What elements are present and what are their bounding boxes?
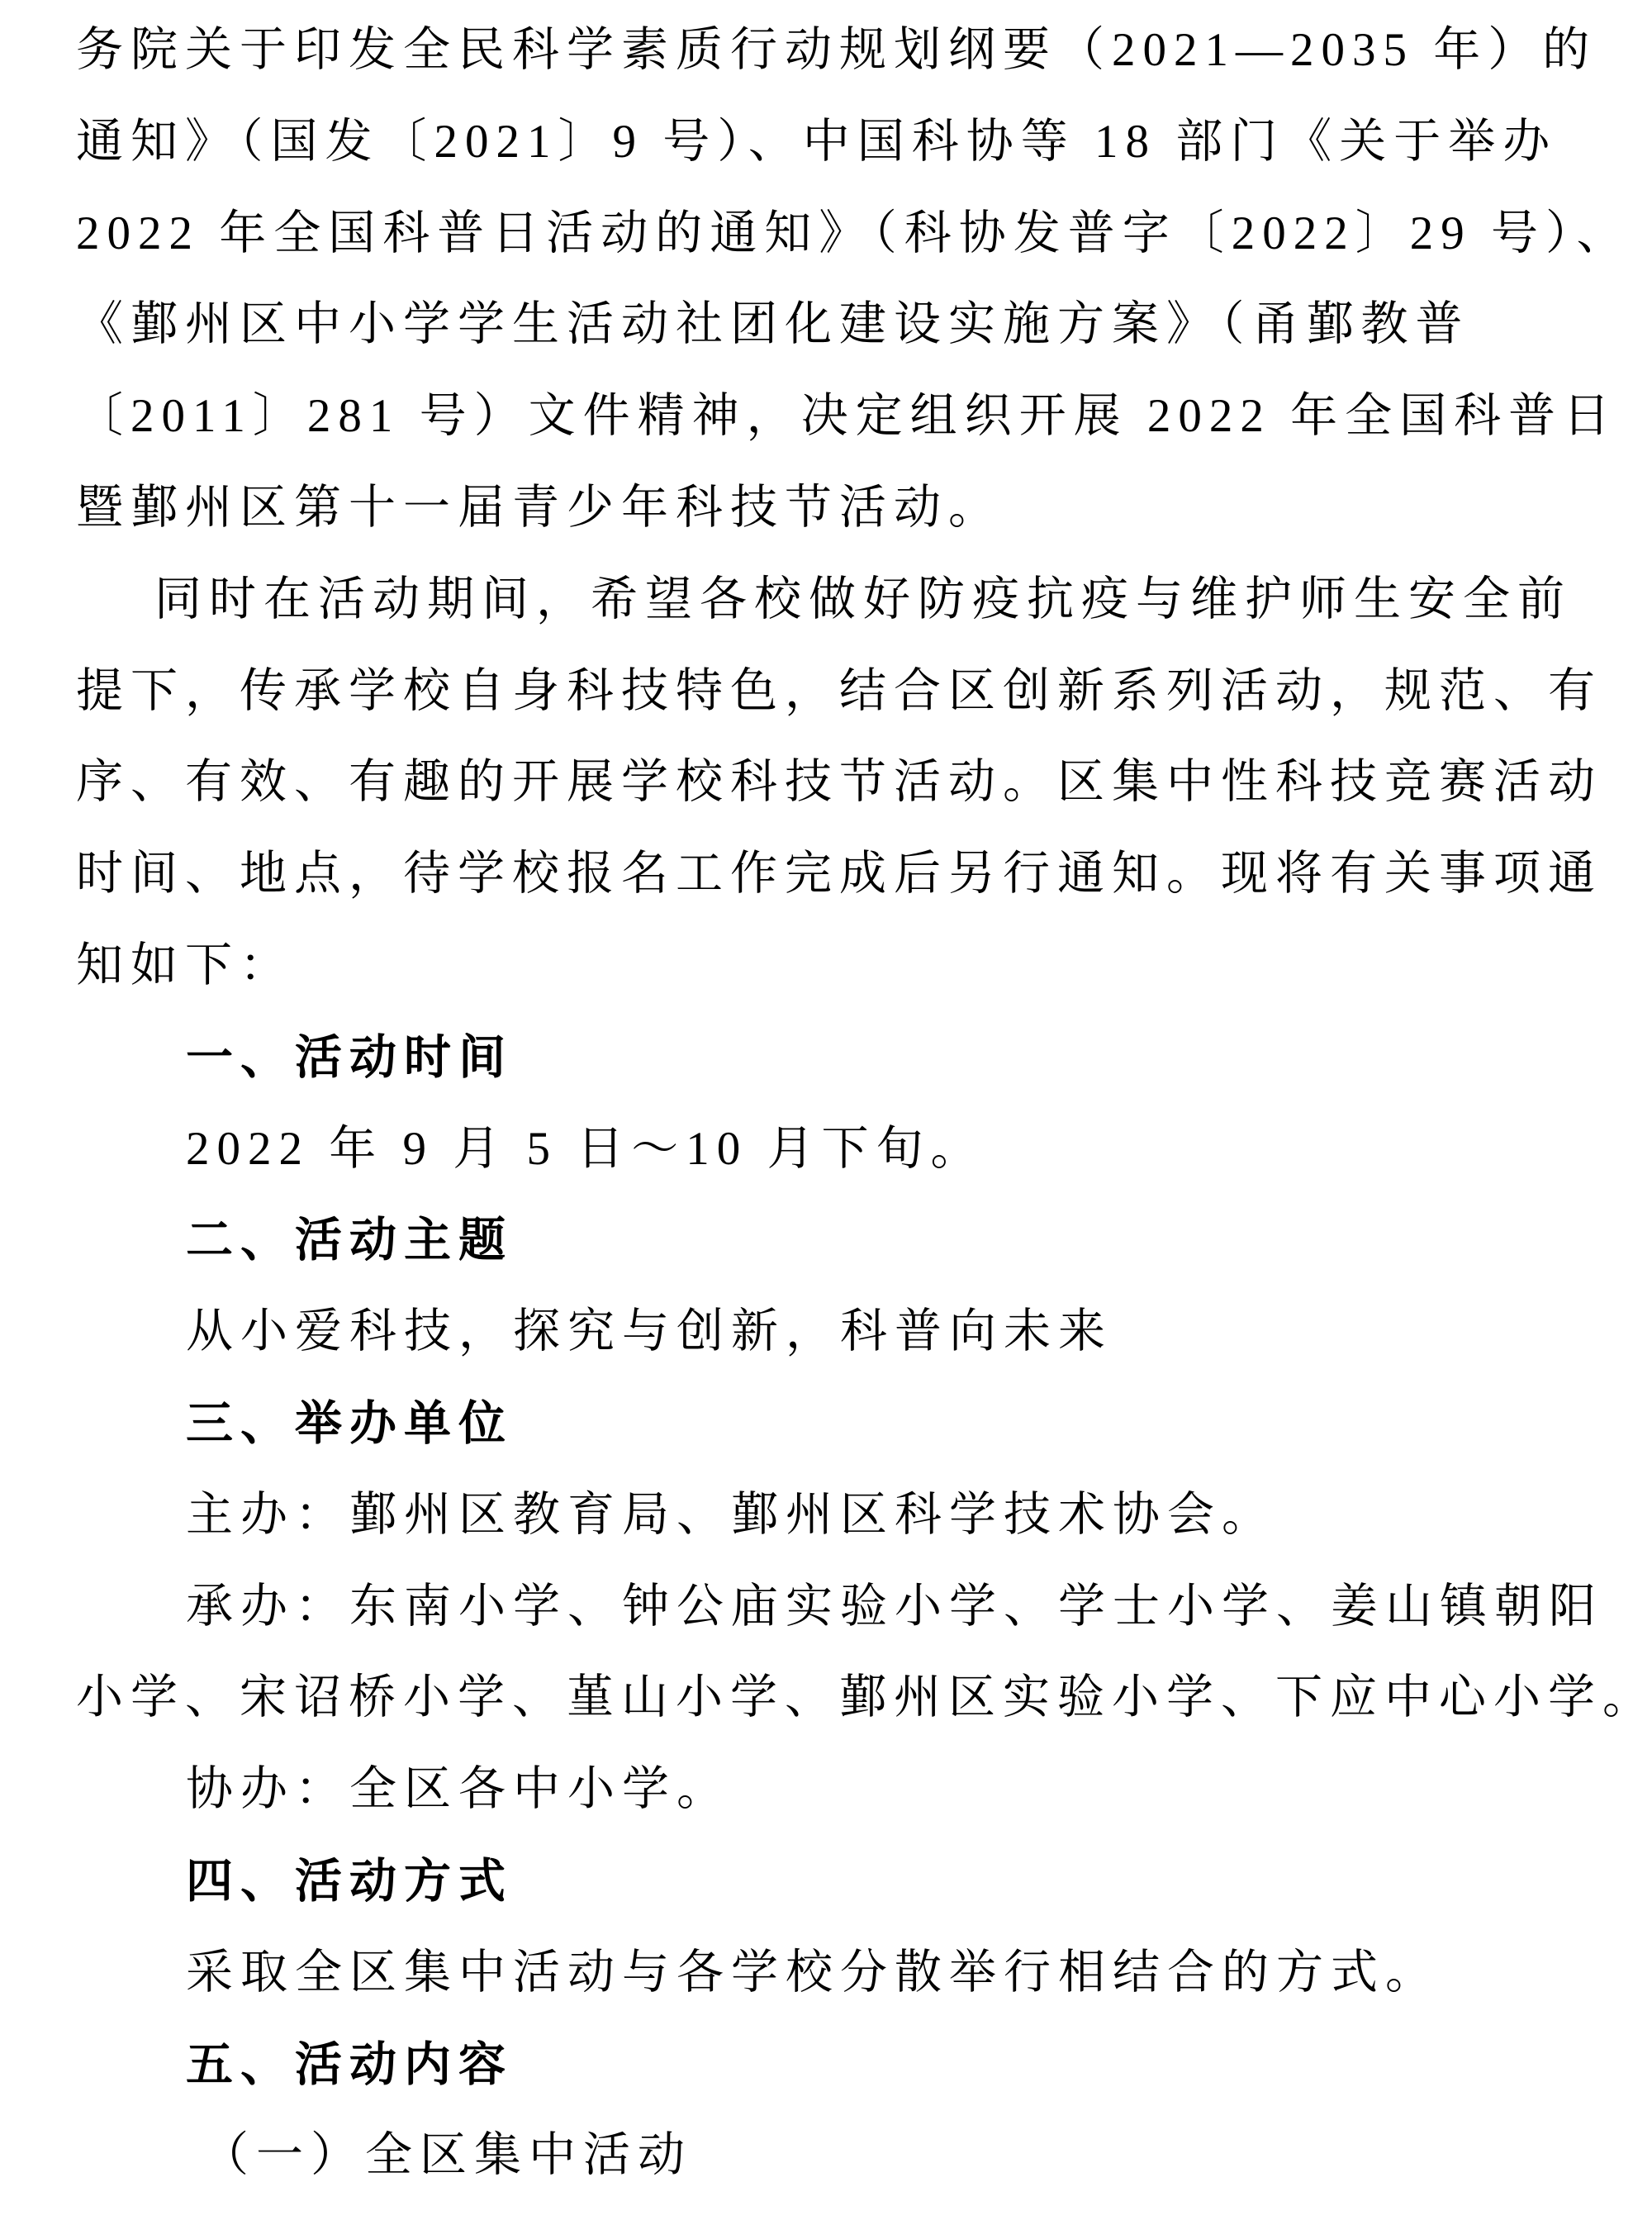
section-heading-4: 四、活动方式 bbox=[76, 1836, 1619, 1928]
body-line: 同时在活动期间，希望各校做好防疫抗疫与维护师生安全前 bbox=[76, 554, 1619, 646]
sub-section-heading: （一）全区集中活动 bbox=[76, 2110, 1619, 2202]
body-line: 主办：鄞州区教育局、鄞州区科学技术协会。 bbox=[76, 1470, 1619, 1562]
body-line: 《鄞州区中小学学生活动社团化建设实施方案》（甬鄞教普 bbox=[76, 279, 1619, 371]
body-line: 承办：东南小学、钟公庙实验小学、学士小学、姜山镇朝阳 bbox=[76, 1562, 1619, 1653]
body-line: 〔2011〕281 号）文件精神，决定组织开展 2022 年全国科普日 bbox=[76, 371, 1619, 463]
body-line: 采取全区集中活动与各学校分散举行相结合的方式。 bbox=[76, 1928, 1619, 2019]
body-line: 提下，传承学校自身科技特色，结合区创新系列活动，规范、有 bbox=[76, 646, 1619, 738]
body-line: 知如下： bbox=[76, 920, 1619, 1012]
body-line: 协办：全区各中小学。 bbox=[76, 1744, 1619, 1836]
section-heading-5: 五、活动内容 bbox=[76, 2019, 1619, 2111]
section-heading-1: 一、活动时间 bbox=[76, 1012, 1619, 1104]
body-line: 通知》（国发〔2021〕9 号）、中国科协等 18 部门《关于举办 bbox=[76, 97, 1619, 188]
body-line: 2022 年 9 月 5 日～10 月下旬。 bbox=[76, 1104, 1619, 1196]
body-line: 时间、地点，待学校报名工作完成后另行通知。现将有关事项通 bbox=[76, 829, 1619, 920]
body-line: 暨鄞州区第十一届青少年科技节活动。 bbox=[76, 463, 1619, 554]
body-line: 从小爱科技，探究与创新，科普向未来 bbox=[76, 1286, 1619, 1378]
document-page: 务院关于印发全民科学素质行动规划纲要（2021—2035 年）的 通知》（国发〔… bbox=[0, 0, 1652, 2220]
body-line: 序、有效、有趣的开展学校科技节活动。区集中性科技竞赛活动 bbox=[76, 737, 1619, 829]
body-line: 2022 年全国科普日活动的通知》（科协发普字〔2022〕29 号）、 bbox=[76, 188, 1619, 280]
body-line: 务院关于印发全民科学素质行动规划纲要（2021—2035 年）的 bbox=[76, 5, 1619, 97]
body-line: 小学、宋诏桥小学、堇山小学、鄞州区实验小学、下应中心小学。 bbox=[76, 1652, 1619, 1744]
section-heading-3: 三、举办单位 bbox=[76, 1378, 1619, 1470]
section-heading-2: 二、活动主题 bbox=[76, 1195, 1619, 1286]
